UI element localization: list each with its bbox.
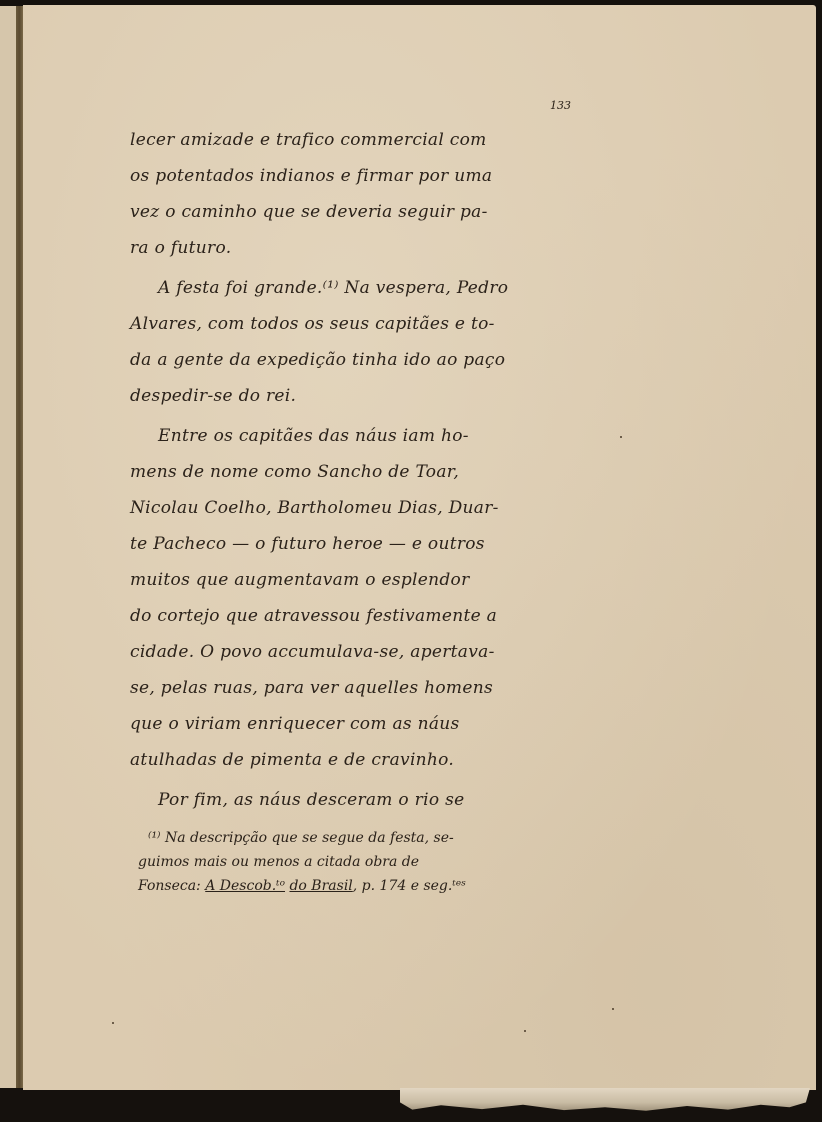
text-line: A festa foi grande.⁽¹⁾ Na vespera, Pedro (130, 270, 600, 306)
text-line: Por fim, as náus desceram o rio se (130, 782, 600, 818)
paper-speck (620, 436, 622, 438)
text-line: despedir-se do rei. (130, 378, 600, 414)
paper-speck (612, 1008, 614, 1010)
text-line: Entre os capitães das náus iam ho- (130, 418, 600, 454)
text-line: Alvares, com todos os seus capitães e to… (130, 306, 600, 342)
paper-speck (524, 1030, 526, 1032)
text-line: Nicolau Coelho, Bartholomeu Dias, Duar- (130, 490, 600, 526)
text-line: lecer amizade e trafico commercial com (130, 122, 600, 158)
footnote: ⁽¹⁾ Na descripção que se segue da festa,… (138, 826, 608, 898)
text-line: se, pelas ruas, para ver aquelles homens (130, 670, 600, 706)
footnote-line: Fonseca: A Descob.ᵗᵒ do Brasil, p. 174 e… (138, 874, 608, 898)
binding-spine (16, 6, 23, 1088)
text-line: cidade. O povo accumulava-se, apertava- (130, 634, 600, 670)
facing-page-edge (0, 6, 16, 1088)
text-line: ra o futuro. (130, 230, 600, 266)
footnote-line: guimos mais ou menos a citada obra de (138, 850, 608, 874)
text-line: te Pacheco — o futuro heroe — e outros (130, 526, 600, 562)
footnote-line: ⁽¹⁾ Na descripção que se segue da festa,… (138, 826, 608, 850)
text-line: da a gente da expedição tinha ido ao paç… (130, 342, 600, 378)
text-line: atulhadas de pimenta e de cravinho. (130, 742, 600, 778)
paper-speck (112, 1022, 114, 1024)
footnote-author: Fonseca: (138, 878, 205, 894)
body-text: lecer amizade e trafico commercial comos… (130, 122, 600, 818)
footnote-page-ref: , p. 174 e seg.ᵗᵉˢ (353, 878, 466, 894)
page-number: 133 (550, 99, 571, 112)
text-line: vez o caminho que se deveria seguir pa- (130, 194, 600, 230)
footnote-title-part: A Descob.ᵗᵒ (205, 878, 285, 894)
text-line: muitos que augmentavam o esplendor (130, 562, 600, 598)
scanned-page-view: 133 lecer amizade e trafico commercial c… (0, 0, 822, 1122)
text-line: os potentados indianos e firmar por uma (130, 158, 600, 194)
torn-page-edge (400, 1088, 810, 1112)
text-line: do cortejo que atravessou festivamente a (130, 598, 600, 634)
text-line: mens de nome como Sancho de Toar, (130, 454, 600, 490)
text-line: que o viriam enriquecer com as náus (130, 706, 600, 742)
footnote-title-part: do Brasil (289, 878, 352, 894)
